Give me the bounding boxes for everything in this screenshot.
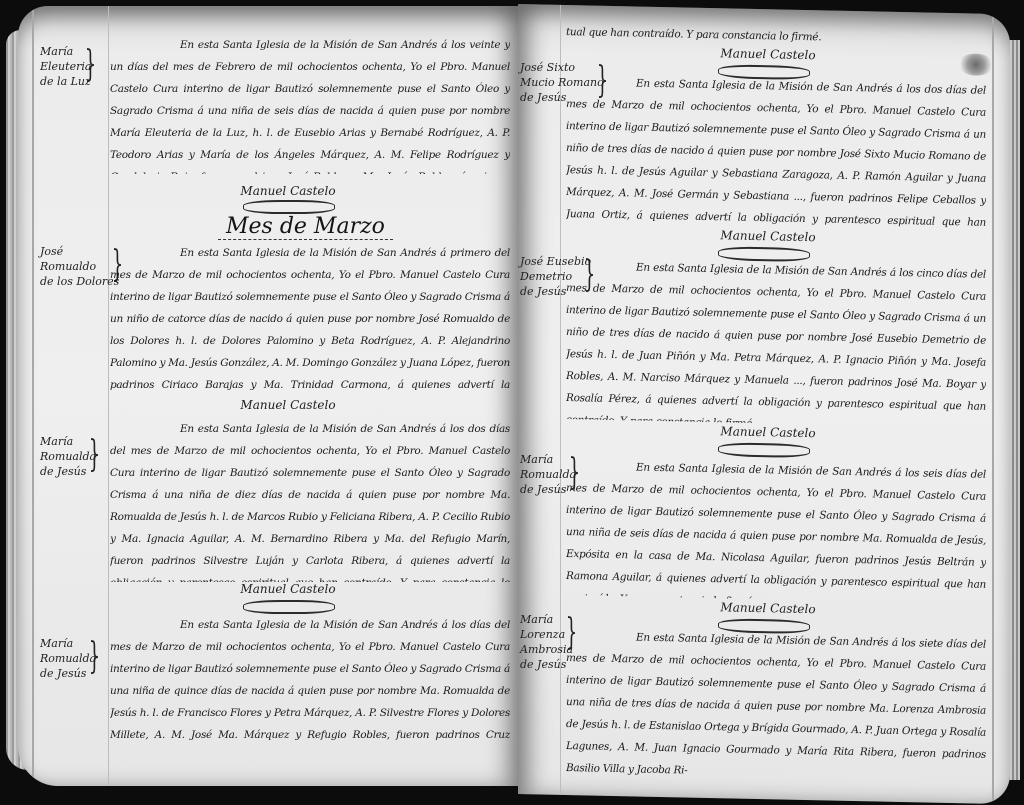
margin-name-line: Ambrosia <box>520 642 573 657</box>
margin-name-line: María <box>520 452 576 467</box>
right-page: tual que han contraído. Y para constanci… <box>518 4 1010 804</box>
priest-signature: Manuel Castelo <box>698 424 838 441</box>
baptism-entry-1: En esta Santa Iglesia de la Misión de Sa… <box>566 71 986 230</box>
entry-text: En esta Santa Iglesia de la Misión de Sa… <box>110 242 510 396</box>
register-spread: María Eleuteria de la Luz En esta Santa … <box>0 0 1024 805</box>
margin-name-line: José <box>40 244 119 259</box>
entry-text: En esta Santa Iglesia de la Misión de Sa… <box>110 418 510 582</box>
baptism-entry-2: En esta Santa Iglesia de la Misión de Sa… <box>110 418 510 582</box>
margin-name-line: Lorenza <box>520 627 573 642</box>
baptism-entry-2: En esta Santa Iglesia de la Misión de Sa… <box>566 255 986 428</box>
margin-name-line: de Jesús <box>520 657 573 672</box>
baptism-entry-4: En esta Santa Iglesia de la Misión de Sa… <box>566 625 986 788</box>
entry-text: En esta Santa Iglesia de la Misión de Sa… <box>566 625 986 788</box>
margin-rule <box>108 6 109 786</box>
margin-name-line: Demetrio <box>520 269 591 284</box>
margin-name-line: de Jesús <box>40 666 96 681</box>
signature-rubric <box>243 600 335 614</box>
entry-text: En esta Santa Iglesia de la Misión de Sa… <box>110 614 510 750</box>
margin-name-line: de la Luz <box>40 74 91 89</box>
baptism-entry-top: En esta Santa Iglesia de la Misión de Sa… <box>110 34 510 174</box>
margin-name-line: Romualda <box>520 467 576 482</box>
priest-signature: Manuel Castelo <box>698 228 838 245</box>
baptism-entry-3: En esta Santa Iglesia de la Misión de Sa… <box>110 614 510 750</box>
entry-text: En esta Santa Iglesia de la Misión de Sa… <box>566 455 986 604</box>
margin-name-line: Mucio Romano <box>520 75 604 90</box>
priest-signature: Manuel Castelo <box>218 398 358 412</box>
margin-name-line: María <box>520 612 573 627</box>
margin-name-top-entry: María Eleuteria de la Luz <box>40 44 91 89</box>
priest-signature: Manuel Castelo <box>698 600 838 617</box>
margin-name-line: María <box>40 434 96 449</box>
margin-name-line: Eleuteria <box>40 59 91 74</box>
margin-name-line: de Jesús <box>520 482 576 497</box>
margin-name-line: de Jesús <box>520 90 604 105</box>
margin-name-line: María <box>40 44 91 59</box>
margin-name-right-entry-1: José Sixto Mucio Romano de Jesús <box>520 60 604 105</box>
margin-name-line: de Jesús <box>40 464 96 479</box>
margin-name-entry-3: María Romualda de Jesús <box>40 636 96 681</box>
priest-signature: Manuel Castelo <box>218 582 358 596</box>
left-page: María Eleuteria de la Luz En esta Santa … <box>18 6 518 786</box>
margin-name-line: José Eusebio <box>520 254 591 269</box>
page-border-line <box>992 14 994 804</box>
signature-rubric <box>718 442 810 458</box>
margin-rule <box>560 5 561 795</box>
margin-name-right-entry-3: María Romualda de Jesús <box>520 452 576 497</box>
margin-name-entry-2: María Romualda de Jesús <box>40 434 96 479</box>
entry-text: En esta Santa Iglesia de la Misión de Sa… <box>110 34 510 174</box>
margin-name-entry-1: José Romualdo de los Dolores <box>40 244 119 289</box>
margin-name-line: José Sixto <box>520 60 604 75</box>
priest-signature: Manuel Castelo <box>698 46 838 63</box>
margin-name-line: de Jesús <box>520 284 591 299</box>
priest-signature: Manuel Castelo <box>218 184 358 198</box>
signature-rubric <box>243 200 335 214</box>
margin-name-line: Romualdo <box>40 259 119 274</box>
margin-name-line: de los Dolores <box>40 274 119 289</box>
baptism-entry-3: En esta Santa Iglesia de la Misión de Sa… <box>566 455 986 604</box>
margin-name-right-entry-2: José Eusebio Demetrio de Jesús <box>520 254 591 299</box>
entry-text: En esta Santa Iglesia de la Misión de Sa… <box>566 255 986 428</box>
ink-stain <box>958 53 994 76</box>
margin-name-line: María <box>40 636 96 651</box>
margin-name-line: Romualda <box>40 651 96 666</box>
page-border-line <box>32 6 34 786</box>
month-heading: Mes de Marzo <box>218 214 393 240</box>
margin-name-line: Romualda <box>40 449 96 464</box>
baptism-entry-1: En esta Santa Iglesia de la Misión de Sa… <box>110 242 510 396</box>
margin-name-right-entry-4: María Lorenza Ambrosia de Jesús <box>520 612 573 672</box>
entry-text: En esta Santa Iglesia de la Misión de Sa… <box>566 71 986 230</box>
